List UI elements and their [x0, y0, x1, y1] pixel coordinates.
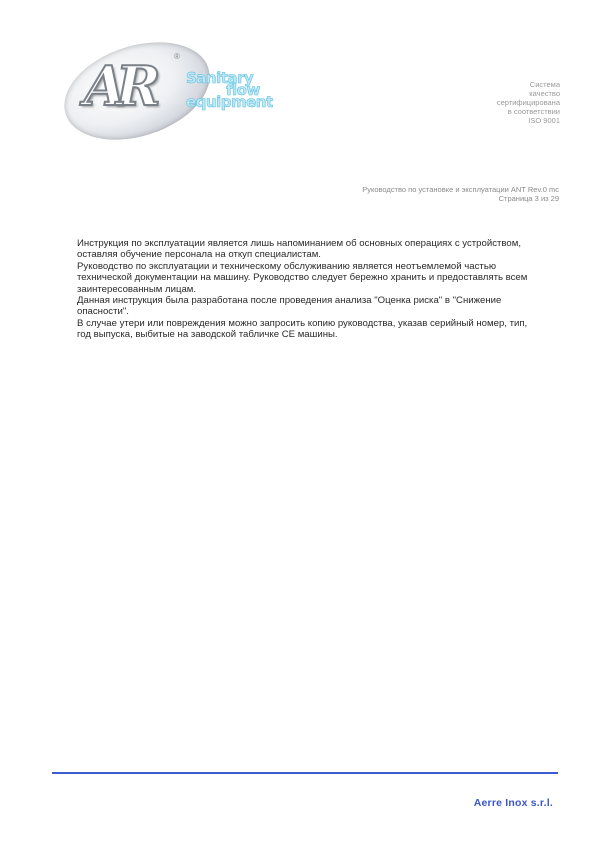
tagline-line: equipment	[186, 96, 273, 108]
page-number: Страница 3 из 29	[362, 194, 559, 203]
company-logo: AR ® Sanitary flow equipment	[58, 38, 288, 138]
cert-line: сертифицирована	[450, 98, 560, 107]
paragraph: Руководство по эксплуатации и техническо…	[77, 261, 537, 295]
cert-line: Система	[450, 80, 560, 89]
cert-line: ISO 9001	[450, 116, 560, 125]
document-header: Руководство по установке и эксплуатации …	[362, 185, 559, 203]
registered-mark: ®	[174, 52, 180, 61]
body-text: Инструкция по эксплуатации является лишь…	[77, 238, 537, 341]
document-title: Руководство по установке и эксплуатации …	[362, 185, 559, 194]
paragraph: Данная инструкция была разработана после…	[77, 295, 537, 318]
footer-company-name: Aerre Inox s.r.l.	[474, 797, 553, 809]
logo-mark: AR	[84, 54, 151, 118]
certification-note: Система качество сертифицирована в соотв…	[450, 80, 560, 125]
paragraph: Инструкция по эксплуатации является лишь…	[77, 238, 537, 261]
paragraph: В случае утери или повреждения можно зап…	[77, 318, 537, 341]
cert-line: в соответствии	[450, 107, 560, 116]
footer-divider	[52, 772, 558, 774]
cert-line: качество	[450, 89, 560, 98]
logo-tagline: Sanitary flow equipment	[186, 72, 273, 108]
